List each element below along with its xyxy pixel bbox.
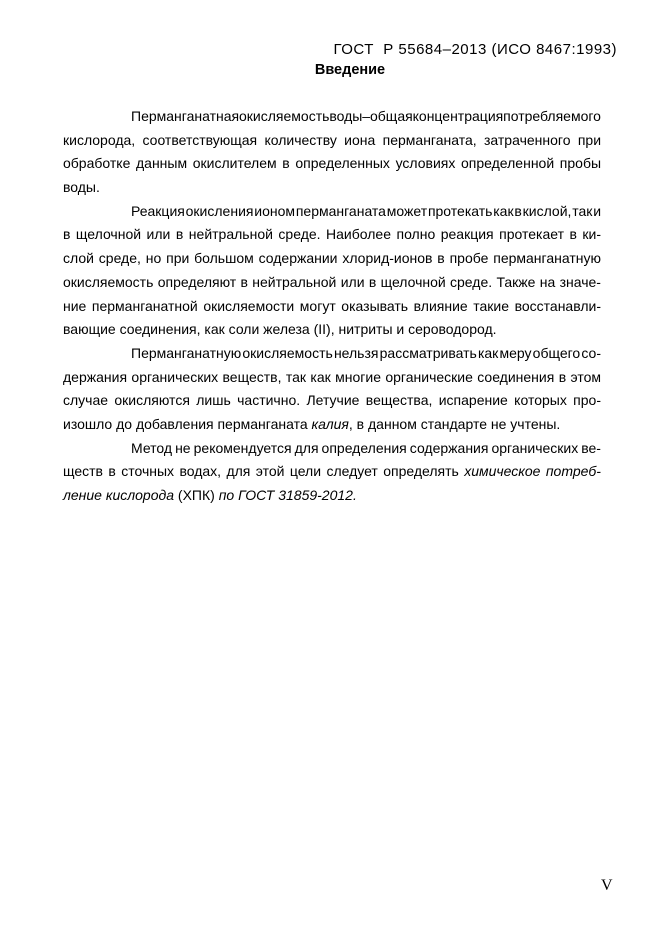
text-line: вающие соединения, как соли железа (II),… <box>63 318 601 342</box>
text-line: слой среде, но при большом содержании хл… <box>63 247 601 271</box>
text-line: воды. <box>63 176 601 200</box>
text-line: изошло до добавления перманганата калия,… <box>63 413 601 437</box>
text-line: Метод не рекомендуется для определения с… <box>63 437 601 461</box>
text-run: в щелочной или в нейтральной среде. Наиб… <box>63 226 601 242</box>
text-line: обработке данным окислителем в определен… <box>63 152 601 176</box>
italic-text-run: ление кислорода <box>63 487 174 503</box>
text-line: ние перманганатной окисляемости могут ок… <box>63 295 601 319</box>
text-run: ние перманганатной окисляемости могут ок… <box>63 298 601 314</box>
text-run: слой среде, но при большом содержании хл… <box>63 250 601 266</box>
text-run: Реакция окисления ионом перманганата мож… <box>131 203 601 219</box>
text-line: Перманганатная окисляемость воды – общая… <box>63 105 601 129</box>
text-run: кислорода, соответствующая количеству ио… <box>63 132 601 148</box>
paragraph: Реакция окисления ионом перманганата мож… <box>63 200 601 342</box>
text-run: (ХПК) <box>174 487 219 503</box>
text-run: Метод не рекомендуется для определения с… <box>131 440 601 456</box>
text-line: держания органических веществ, так как м… <box>63 366 601 390</box>
text-run: Перманганатную окисляемость нельзя рассм… <box>131 345 601 361</box>
text-run: обработке данным окислителем в определен… <box>63 155 601 171</box>
document-body: Перманганатная окисляемость воды – общая… <box>63 105 601 508</box>
text-run: держания органических веществ, так как м… <box>63 369 601 385</box>
paragraph: Метод не рекомендуется для определения с… <box>63 437 601 508</box>
text-run: ществ в сточных водах, для этой цели сле… <box>63 463 464 479</box>
text-run: изошло до добавления перманганата <box>63 416 312 432</box>
text-line: Перманганатную окисляемость нельзя рассм… <box>63 342 601 366</box>
text-run: Перманганатная окисляемость воды – общая… <box>131 108 601 124</box>
text-line: случае окисляются лишь частично. Летучие… <box>63 389 601 413</box>
page-number: V <box>601 877 613 895</box>
italic-text-run: калия <box>312 416 349 432</box>
section-title: Введение <box>81 62 619 78</box>
text-run: случае окисляются лишь частично. Летучие… <box>63 392 601 408</box>
text-run: , в данном стандарте не учтены. <box>349 416 560 432</box>
text-line: в щелочной или в нейтральной среде. Наиб… <box>63 223 601 247</box>
paragraph: Перманганатную окисляемость нельзя рассм… <box>63 342 601 437</box>
text-line: Реакция окисления ионом перманганата мож… <box>63 200 601 224</box>
text-run: окисляемость определяют в нейтральной ил… <box>63 274 601 290</box>
text-run: вающие соединения, как соли железа (II),… <box>63 321 497 337</box>
text-run: воды. <box>63 179 100 195</box>
paragraph: Перманганатная окисляемость воды – общая… <box>63 105 601 200</box>
text-line: окисляемость определяют в нейтральной ил… <box>63 271 601 295</box>
italic-text-run: по ГОСТ 31859-2012. <box>219 487 357 503</box>
text-line: кислорода, соответствующая количеству ио… <box>63 129 601 153</box>
document-page: ГОСТ Р 55684–2013 (ИСО 8467:1993) Введен… <box>0 0 661 936</box>
italic-text-run: химическое потреб- <box>464 463 601 479</box>
running-header: ГОСТ Р 55684–2013 (ИСО 8467:1993) <box>333 41 617 58</box>
text-line: ществ в сточных водах, для этой цели сле… <box>63 460 601 484</box>
text-line: ление кислорода (ХПК) по ГОСТ 31859-2012… <box>63 484 601 508</box>
